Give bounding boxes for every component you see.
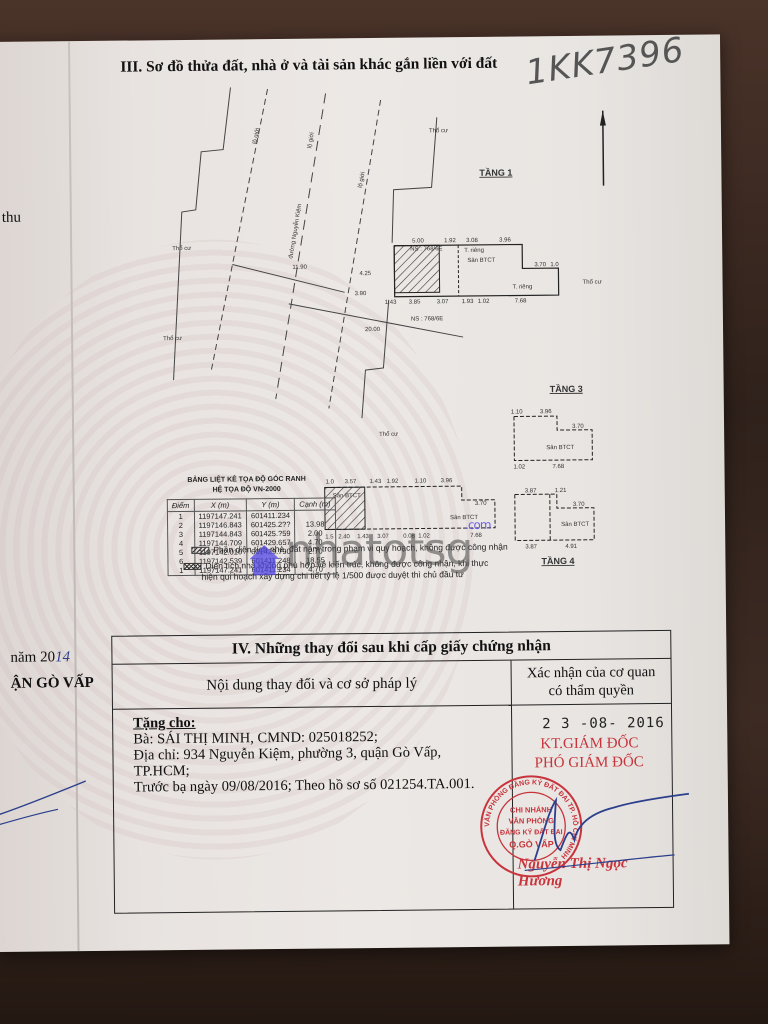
- signer-role-1: KT.GIÁM ĐỐC: [540, 735, 638, 753]
- svg-text:1.10: 1.10: [511, 409, 523, 415]
- authority-header-line1: Xác nhận của cơ quan: [512, 663, 671, 683]
- svg-text:Sân BTCT: Sân BTCT: [333, 493, 361, 499]
- svg-text:TẦNG 4: TẦNG 4: [541, 556, 574, 566]
- crosshatch-swatch-icon: [183, 563, 201, 570]
- svg-text:Thổ cư: Thổ cư: [172, 245, 191, 252]
- section4-changes-table: IV. Những thay đổi sau khi cấp giấy chứn…: [111, 630, 674, 914]
- svg-text:3.57: 3.57: [345, 479, 357, 485]
- svg-text:Sân BTCT: Sân BTCT: [561, 522, 589, 528]
- pen-mark-icon: [0, 769, 88, 830]
- svg-text:Thổ cư: Thổ cư: [429, 127, 448, 134]
- svg-text:7.68: 7.68: [515, 298, 527, 304]
- svg-text:3.85: 3.85: [409, 300, 421, 306]
- house-logo-icon: [247, 543, 281, 577]
- svg-text:1.02: 1.02: [513, 464, 525, 470]
- svg-text:3.70: 3.70: [572, 424, 584, 430]
- svg-text:1.92: 1.92: [387, 479, 399, 485]
- svg-text:NS : 768/6E: NS : 768/6E: [411, 316, 443, 322]
- watermark-suffix: .com: [465, 518, 491, 532]
- svg-text:1.0: 1.0: [326, 479, 335, 485]
- authority-confirmation-header: Xác nhận của cơ quan có thẩm quyền: [512, 659, 671, 706]
- svg-text:3.08: 3.08: [466, 238, 478, 244]
- land-certificate-page: III. Sơ đồ thửa đất, nhà ở và tài sản kh…: [0, 34, 729, 952]
- watermark: nhatotsg .com: [247, 524, 473, 577]
- svg-text:11.90: 11.90: [292, 265, 307, 271]
- changes-content-header: Nội dung thay đổi và cơ sở pháp lý: [113, 661, 511, 710]
- svg-text:Thổ cư: Thổ cư: [379, 431, 398, 438]
- signer-role-2: PHÓ GIÁM ĐỐC: [534, 754, 643, 772]
- svg-text:3.70: 3.70: [475, 501, 487, 507]
- svg-text:3.90: 3.90: [355, 291, 367, 297]
- svg-text:3.70: 3.70: [573, 502, 585, 508]
- svg-text:3.87: 3.87: [525, 544, 537, 550]
- left-page-fragment-year: năm 2014: [10, 649, 70, 667]
- coord-header-point: Điểm: [167, 499, 194, 511]
- north-arrow-icon: [600, 111, 607, 186]
- coord-header-edge: Cạnh (m): [295, 498, 335, 510]
- svg-text:TẦNG 1: TẦNG 1: [479, 168, 512, 178]
- svg-text:Thổ cư: Thổ cư: [163, 335, 182, 342]
- svg-text:20.00: 20.00: [365, 327, 381, 333]
- watermark-text: nhatotsg: [285, 524, 473, 577]
- floor1-plan: 5.00 1.92 3.08 3.96 1.43 3.85 3.07 1.93 …: [384, 237, 560, 306]
- svg-text:3.96: 3.96: [540, 409, 552, 415]
- svg-text:1.43: 1.43: [385, 300, 397, 306]
- coord-table-title: BẢNG LIỆT KÊ TỌA ĐỘ GÓC RANH HỆ TỌA ĐỘ V…: [167, 474, 327, 496]
- coord-header-x: X (m): [194, 499, 246, 512]
- svg-text:đường Nguyễn Kiệm: đường Nguyễn Kiệm: [287, 203, 303, 259]
- svg-text:1.92: 1.92: [444, 238, 456, 244]
- svg-text:1.43: 1.43: [370, 479, 382, 485]
- svg-text:3.70: 3.70: [534, 262, 546, 268]
- confirmation-date: 2 3 -08- 2016: [542, 715, 665, 732]
- svg-text:4.25: 4.25: [359, 271, 371, 277]
- left-page-fragment-district: ẬN GÒ VẤP: [11, 675, 94, 693]
- change-entry: Tặng cho: Bà: SÁI THỊ MINH, CMND: 025018…: [113, 706, 512, 802]
- svg-text:lộ giới: lộ giới: [252, 127, 261, 144]
- svg-text:5.00: 5.00: [412, 238, 424, 244]
- svg-text:Thổ cư: Thổ cư: [583, 279, 602, 286]
- svg-text:3.96: 3.96: [499, 238, 511, 244]
- svg-text:4.91: 4.91: [565, 544, 577, 550]
- coord-header-y: Y (m): [246, 498, 295, 511]
- svg-text:1.02: 1.02: [478, 299, 490, 305]
- change-registration: Trước bạ ngày 09/08/2016; Theo hồ sơ số …: [134, 776, 492, 796]
- authority-header-line2: có thẩm quyền: [512, 681, 671, 701]
- hatch-swatch-icon: [191, 547, 209, 554]
- changes-content-column: Nội dung thay đổi và cơ sở pháp lý Tặng …: [113, 661, 515, 913]
- coord-table-title-line2: HỆ TỌA ĐỘ VN-2000: [167, 484, 327, 496]
- floor4-plan: 3.87 1.21 3.70 3.87 4.91 Sân BTCT: [515, 488, 595, 551]
- floor3-plan: 1.10 3.96 3.70 7.68 1.02 Sân BTCT: [511, 409, 593, 471]
- svg-text:TẦNG 3: TẦNG 3: [550, 384, 583, 394]
- svg-text:T. riêng: T. riêng: [464, 248, 484, 254]
- svg-text:T. riêng: T. riêng: [513, 284, 533, 290]
- svg-text:3.87: 3.87: [525, 488, 537, 494]
- svg-text:1.0: 1.0: [550, 262, 559, 268]
- svg-text:1.93: 1.93: [462, 299, 474, 305]
- svg-text:1.21: 1.21: [555, 488, 567, 494]
- svg-text:3.96: 3.96: [441, 478, 453, 484]
- svg-text:1.10: 1.10: [415, 478, 427, 484]
- svg-text:Sân BTCT: Sân BTCT: [467, 258, 495, 264]
- svg-text:7.68: 7.68: [552, 464, 564, 470]
- signature-icon: [514, 779, 695, 881]
- year-printed: năm 20: [10, 649, 55, 665]
- svg-text:Sân BTCT: Sân BTCT: [546, 445, 574, 451]
- svg-text:lộ giới: lộ giới: [358, 171, 367, 188]
- change-address: Địa chỉ: 934 Nguyễn Kiệm, phường 3, quận…: [133, 744, 491, 780]
- svg-text:3.07: 3.07: [437, 299, 449, 305]
- svg-text:lộ giới: lộ giới: [307, 132, 316, 149]
- year-handwritten: 14: [55, 649, 70, 665]
